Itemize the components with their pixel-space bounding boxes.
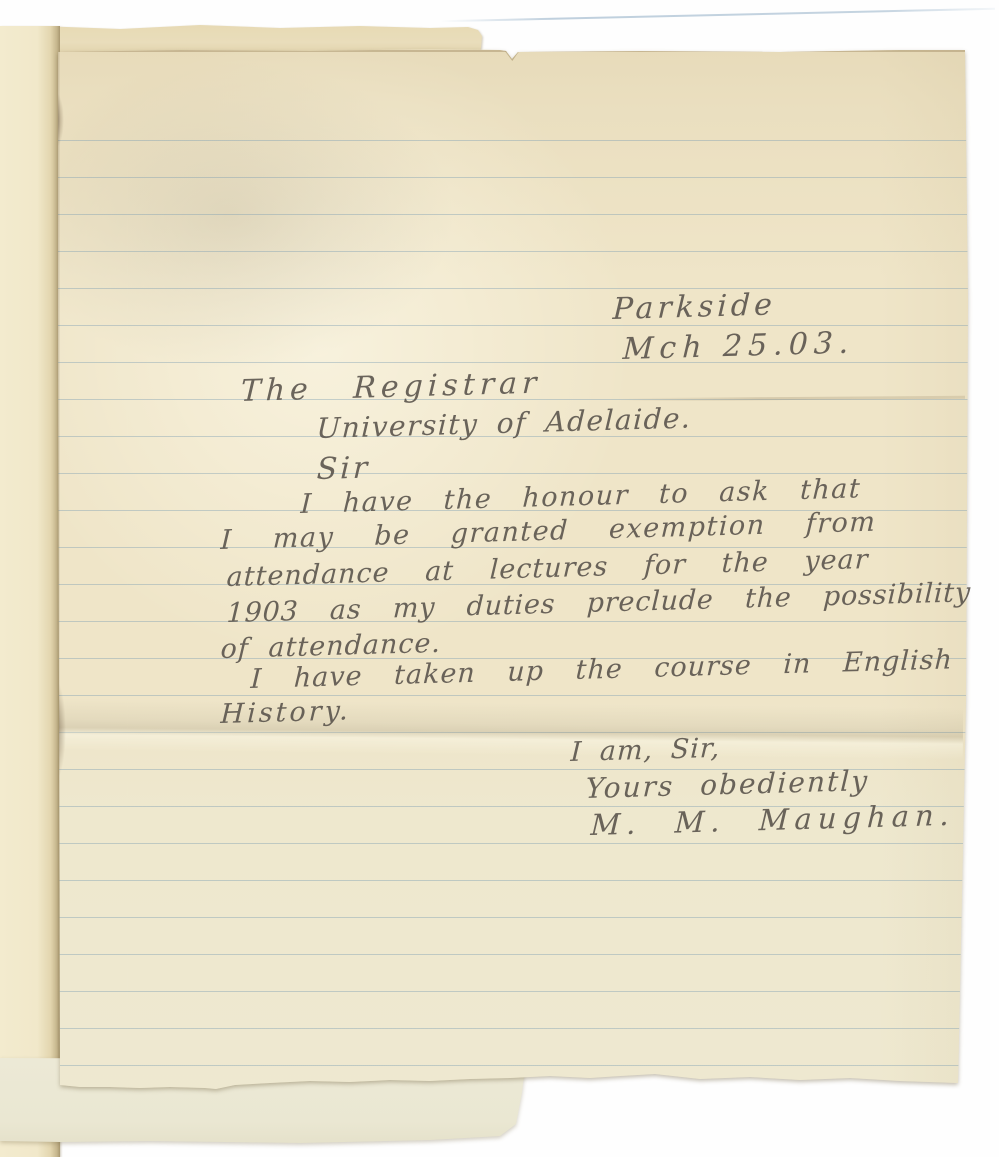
closing-line-2: Yours obediently bbox=[585, 764, 870, 805]
signature: M. M. Maughan. bbox=[590, 798, 956, 842]
closing-line-1: I am, Sir, bbox=[570, 733, 721, 768]
address-line-registrar: The Registrar bbox=[240, 366, 542, 409]
scan-background: Parkside Mch 25.03. The Registrar Univer… bbox=[0, 0, 999, 1157]
letter-date: Mch 25.03. bbox=[622, 325, 855, 367]
letter-content: Parkside Mch 25.03. The Registrar Univer… bbox=[0, 0, 999, 1157]
letter-place: Parkside bbox=[612, 287, 777, 327]
address-line-university: University of Adelaide. bbox=[316, 401, 692, 445]
body-line-7: History. bbox=[220, 695, 352, 730]
salutation: Sir bbox=[316, 450, 371, 487]
